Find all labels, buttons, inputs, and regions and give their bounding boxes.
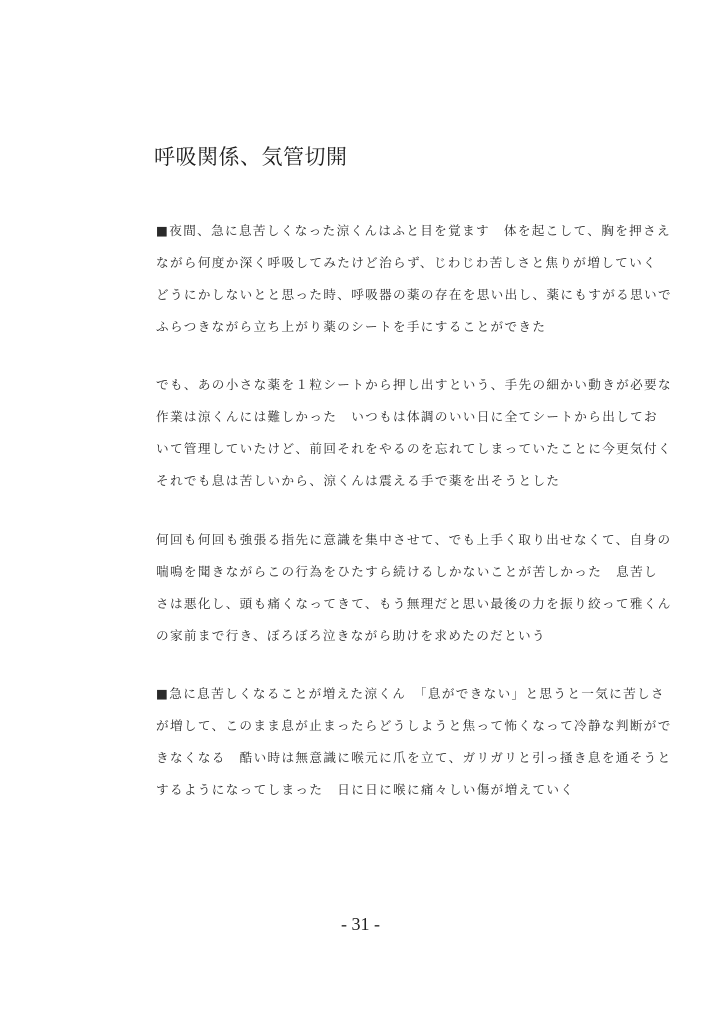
text-line: 喘鳴を聞きながらこの行為をひたすら続けるしかないことが苦しかった 息苦し (156, 562, 604, 582)
text-line: どうにかしないとと思った時、呼吸器の薬の存在を思い出し、薬にもすがる思いで (156, 285, 604, 305)
page-title: 呼吸関係、気管切開 (154, 142, 348, 172)
text-line: ふらつきながら立ち上がり薬のシートを手にすることができた (156, 317, 604, 337)
text-line: するようになってしまった 日に日に喉に痛々しい傷が増えていく (156, 780, 604, 800)
text-line: が増して、このまま息が止まったらどうしようと焦って怖くなって冷静な判断がで (156, 716, 604, 736)
text-line: の家前まで行き、ぼろぼろ泣きながら助けを求めたのだという (156, 626, 604, 646)
text-line: きなくなる 酷い時は無意識に喉元に爪を立て、ガリガリと引っ掻き息を通そうと (156, 748, 604, 768)
text-line: それでも息は苦しいから、涼くんは震える手で薬を出そうとした (156, 471, 604, 491)
text-line: さは悪化し、頭も痛くなってきて、もう無理だと思い最後の力を振り絞って雅くん (156, 594, 604, 614)
text-line: ■夜間、急に息苦しくなった涼くんはふと目を覚ます 体を起こして、胸を押さえ (156, 221, 604, 241)
page-number: - 31 - (0, 912, 721, 936)
text-line: 何回も何回も強張る指先に意識を集中させて、でも上手く取り出せなくて、自身の (156, 530, 604, 550)
text-line: ■急に息苦しくなることが増えた涼くん 「息ができない」と思うと一気に苦しさ (156, 684, 604, 704)
text-line: いて管理していたけど、前回それをやるのを忘れてしまっていたことに今更気付く (156, 439, 604, 459)
text-line: でも、あの小さな薬を１粒シートから押し出すという、手先の細かい動きが必要な (156, 375, 604, 395)
document-page: 呼吸関係、気管切開 ■夜間、急に息苦しくなった涼くんはふと目を覚ます 体を起こし… (0, 0, 721, 1024)
text-line: 作業は涼くんには難しかった いつもは体調のいい日に全てシートから出してお (156, 407, 604, 427)
text-line: ながら何度か深く呼吸してみたけど治らず、じわじわ苦しさと焦りが増していく (156, 253, 604, 273)
